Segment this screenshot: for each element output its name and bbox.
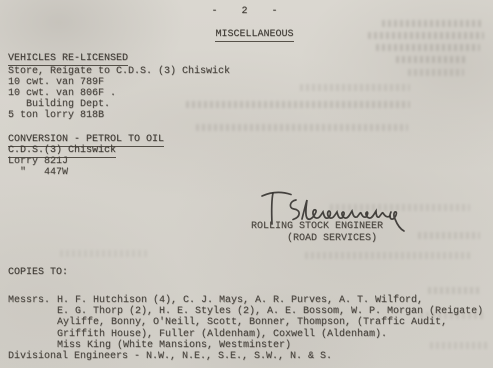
- copies-to-label: COPIES TO:: [8, 267, 68, 278]
- copies-line: Ayliffe, Bonny, O'Neill, Scott, Bonner, …: [57, 317, 447, 328]
- document-page: - 2 - MISCELLANEOUS VEHICLES RE-LICENSED…: [0, 0, 493, 368]
- bleed-through-artifact: [396, 56, 468, 63]
- document-title: MISCELLANEOUS: [8, 29, 493, 40]
- copies-line: Miss King (White Mansions, Westminster): [57, 340, 291, 351]
- text-line: " 447W: [8, 167, 68, 178]
- signature-title-line2: (ROAD SERVICES): [287, 233, 377, 244]
- bleed-through-artifact: [382, 20, 482, 27]
- bleed-through-artifact: [186, 101, 410, 108]
- section-heading-vehicles-relicensed: VEHICLES RE-LICENSED: [8, 53, 128, 64]
- section-heading-conversion: CONVERSION - PETROL TO OIL: [8, 134, 164, 145]
- text-line: Building Dept.: [8, 99, 110, 110]
- section-heading-text: VEHICLES RE-LICENSED: [8, 53, 128, 66]
- section-subheading-chiswick: C.D.S.(3) Chiswick: [8, 145, 116, 156]
- divisional-engineers-line: Divisional Engineers - N.W., N.E., S.E.,…: [8, 351, 332, 362]
- text-line: Lorry 821J: [8, 156, 68, 167]
- bleed-through-artifact: [430, 342, 488, 349]
- text-line: 10 cwt. van 789F: [8, 77, 104, 88]
- bleed-through-artifact: [428, 287, 482, 294]
- text-line: Store, Reigate to C.D.S. (3) Chiswick: [8, 66, 230, 77]
- copies-line: Griffith House), Fuller (Aldenham), Coxw…: [57, 329, 387, 340]
- bleed-through-artifact: [376, 44, 480, 51]
- messrs-label: Messrs.: [8, 295, 50, 306]
- page-number: - 2 -: [0, 6, 493, 17]
- bleed-through-artifact: [300, 84, 410, 91]
- scanned-document-page: { "page": { "number": "- 2 -", "title": …: [0, 0, 493, 368]
- bleed-through-artifact: [196, 124, 408, 131]
- bleed-through-artifact: [60, 250, 150, 257]
- text-line: 5 ton lorry 818B: [8, 110, 104, 121]
- bleed-through-artifact: [305, 252, 470, 259]
- bleed-through-artifact: [408, 69, 464, 76]
- bleed-through-artifact: [418, 232, 480, 239]
- text-line: 10 cwt. van 806F .: [8, 88, 116, 99]
- document-title-text: MISCELLANEOUS: [215, 29, 293, 42]
- copies-line: E. G. Thorp (2), H. E. Styles (2), A. E.…: [57, 306, 483, 317]
- signature-title-line1: ROLLING STOCK ENGINEER: [251, 221, 383, 232]
- copies-line: H. F. Hutchison (4), C. J. Mays, A. R. P…: [57, 295, 423, 306]
